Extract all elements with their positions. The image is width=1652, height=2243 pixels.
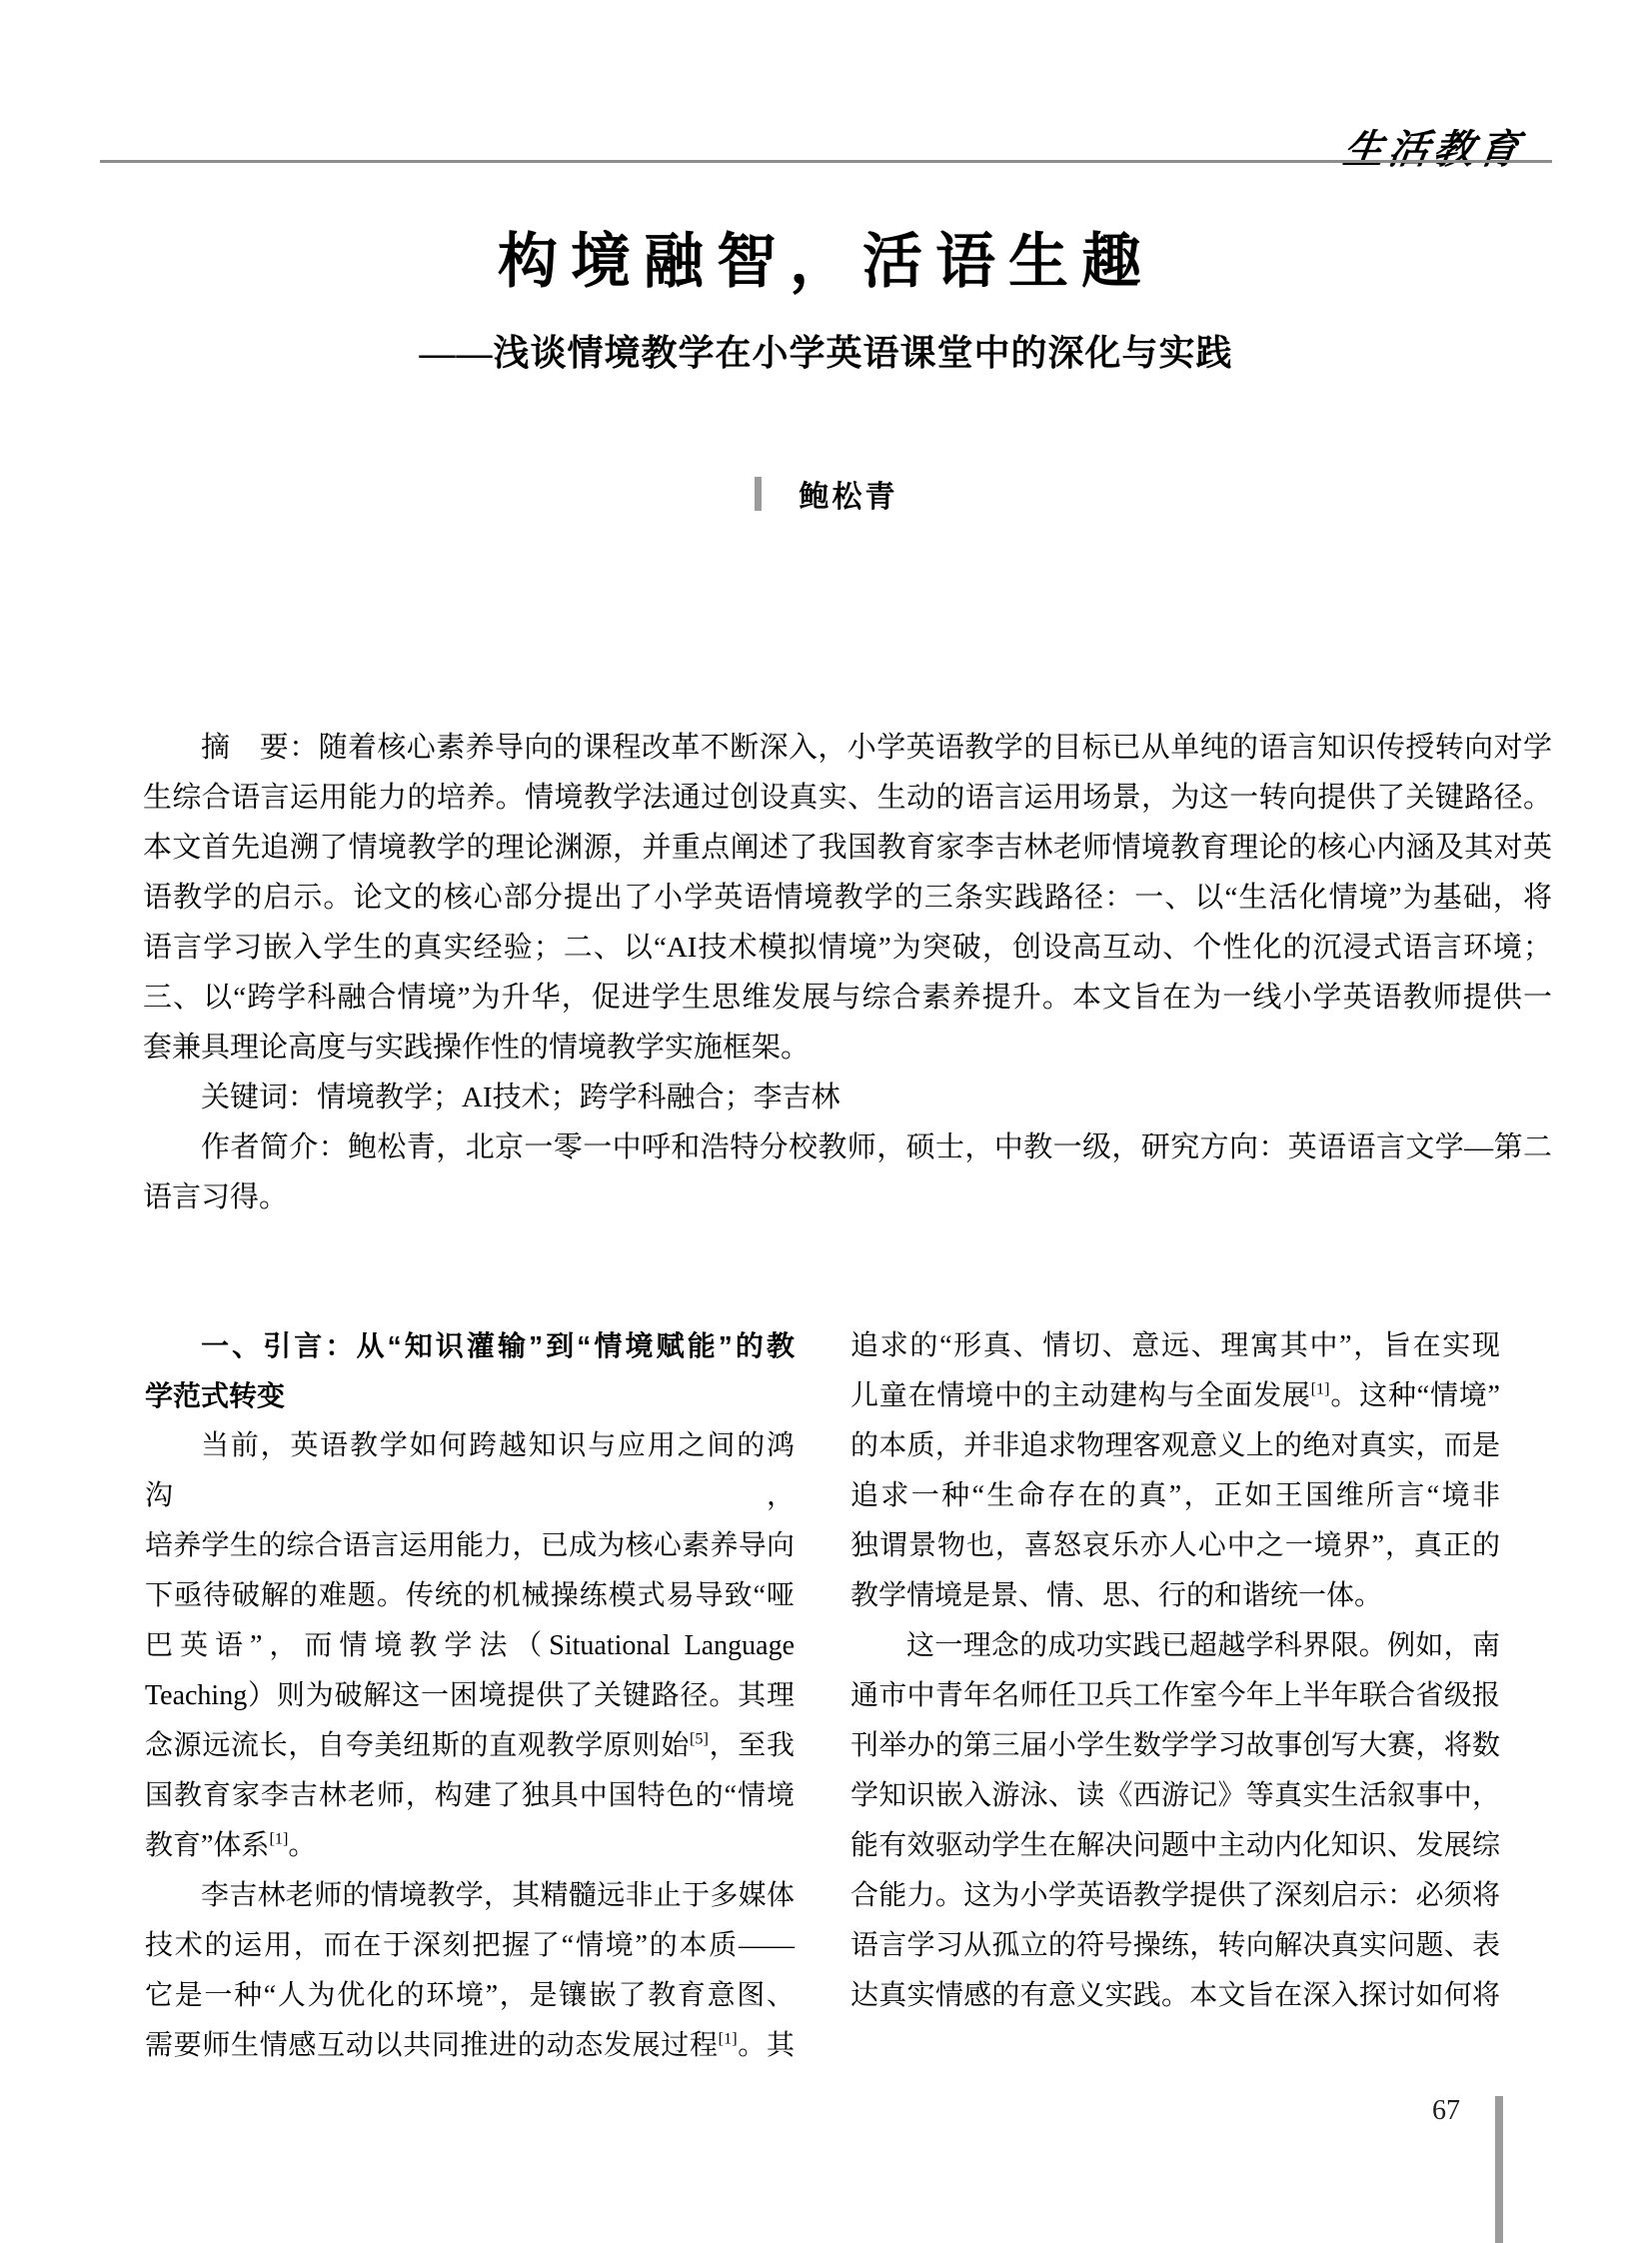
body-line: 需要师生情感互动以共同推进的动态发展过程[1]。其 bbox=[145, 2021, 795, 2071]
body-text: 儿童在情境中的主动建构与全面发展 bbox=[850, 1380, 1311, 1411]
body-line: 下亟待破解的难题。传统的机械操练模式易导致“哑 bbox=[145, 1571, 795, 1621]
body-line: 语言学习从孤立的符号操练，转向解决真实问题、表 bbox=[850, 1921, 1500, 1971]
body-line: 这一理念的成功实践已超越学科界限。例如，南 bbox=[850, 1621, 1500, 1671]
article-title: 构境融智，活语生趣 bbox=[100, 214, 1552, 300]
body-text: 教育”体系 bbox=[145, 1830, 269, 1861]
body-line: 通市中青年名师任卫兵工作室今年上半年联合省级报 bbox=[850, 1671, 1500, 1721]
keywords-line: 关键词：情境教学；AI技术；跨学科融合；李吉林 bbox=[143, 1073, 1552, 1122]
body-line: 李吉林老师的情境教学，其精髓远非止于多媒体 bbox=[145, 1871, 795, 1921]
abstract-line: 语教学的启示。论文的核心部分提出了小学英语情境教学的三条实践路径：一、以“生活化… bbox=[143, 873, 1552, 923]
body-line: 培养学生的综合语言运用能力，已成为核心素养导向 bbox=[145, 1521, 795, 1571]
author-bio-line: 作者简介：鲍松青，北京一零一中呼和浩特分校教师，硕士，中教一级，研究方向：英语语… bbox=[143, 1122, 1552, 1172]
body-line: 当前，英语教学如何跨越知识与应用之间的鸿沟， bbox=[145, 1421, 795, 1521]
body-line: 技术的运用，而在于深刻把握了“情境”的本质—— bbox=[145, 1921, 795, 1971]
body-line: 教育”体系[1]。 bbox=[145, 1821, 795, 1871]
body-line: 儿童在情境中的主动建构与全面发展[1]。这种“情境” bbox=[850, 1371, 1500, 1421]
body-line: 巴英语”，而情境教学法（Situational Language bbox=[145, 1621, 795, 1671]
citation-marker: [1] bbox=[1311, 1380, 1330, 1398]
abstract-line: 套兼具理论高度与实践操作性的情境教学实施框架。 bbox=[143, 1023, 1552, 1073]
body-right-column: 追求的“形真、情切、意远、理寓其中”，旨在实现 儿童在情境中的主动建构与全面发展… bbox=[850, 1321, 1500, 2021]
abstract-line: 本文首先追溯了情境教学的理论渊源，并重点阐述了我国教育家李吉林老师情境教育理论的… bbox=[143, 823, 1552, 873]
author-bio-line: 语言习得。 bbox=[143, 1172, 1552, 1222]
body-line: 念源远流长，自夸美纽斯的直观教学原则始[5]，至我 bbox=[145, 1721, 795, 1771]
masthead-logo: 生活教育 bbox=[1340, 118, 1528, 175]
body-line: 达真实情感的有意义实践。本文旨在深入探讨如何将 bbox=[850, 1971, 1500, 2021]
journal-page: 生活教育 构境融智，活语生趣 ——浅谈情境教学在小学英语课堂中的深化与实践 鲍松… bbox=[0, 0, 1652, 2243]
citation-marker: [1] bbox=[719, 2030, 738, 2048]
author-row: 鲍松青 bbox=[100, 472, 1552, 516]
body-line: 合能力。这为小学英语教学提供了深刻启示：必须将 bbox=[850, 1871, 1500, 1921]
section-heading-line: 学范式转变 bbox=[145, 1371, 795, 1421]
citation-marker: [1] bbox=[269, 1830, 288, 1848]
citation-marker: [5] bbox=[690, 1730, 709, 1748]
body-line: Teaching）则为破解这一困境提供了关键路径。其理 bbox=[145, 1671, 795, 1721]
body-text: 。 bbox=[288, 1830, 316, 1861]
body-text: 需要师生情感互动以共同推进的动态发展过程 bbox=[145, 2030, 719, 2061]
abstract-line: 摘 要：随着核心素养导向的课程改革不断深入，小学英语教学的目标已从单纯的语言知识… bbox=[143, 723, 1552, 773]
abstract-line: 语言学习嵌入学生的真实经验；二、以“AI技术模拟情境”为突破，创设高互动、个性化… bbox=[143, 923, 1552, 973]
body-line: 教学情境是景、情、思、行的和谐统一体。 bbox=[850, 1571, 1500, 1621]
body-line: 独谓景物也，喜怒哀乐亦人心中之一境界”，真正的 bbox=[850, 1521, 1500, 1571]
body-line: 追求的“形真、情切、意远、理寓其中”，旨在实现 bbox=[850, 1321, 1500, 1371]
body-line: 学知识嵌入游泳、读《西游记》等真实生活叙事中， bbox=[850, 1771, 1500, 1821]
section-heading-line: 一、引言：从“知识灌输”到“情境赋能”的教 bbox=[145, 1321, 795, 1371]
abstract-line: 三、以“跨学科融合情境”为升华，促进学生思维发展与综合素养提升。本文旨在为一线小… bbox=[143, 973, 1552, 1023]
header-rule bbox=[100, 160, 1552, 163]
author-divider-bar bbox=[755, 477, 762, 511]
body-text: ，至我 bbox=[709, 1730, 795, 1761]
article-subtitle: ——浅谈情境教学在小学英语课堂中的深化与实践 bbox=[100, 325, 1552, 376]
page-number: 67 bbox=[1432, 2095, 1460, 2127]
body-line: 追求一种“生命存在的真”，正如王国维所言“境非 bbox=[850, 1471, 1500, 1521]
body-line: 国教育家李吉林老师，构建了独具中国特色的“情境 bbox=[145, 1771, 795, 1821]
body-text: 。其 bbox=[738, 2030, 795, 2061]
author-name: 鲍松青 bbox=[800, 472, 898, 516]
body-line: 刊举办的第三届小学生数学学习故事创写大赛，将数 bbox=[850, 1721, 1500, 1771]
body-line: 的本质，并非追求物理客观意义上的绝对真实，而是 bbox=[850, 1421, 1500, 1471]
body-line: 它是一种“人为优化的环境”，是镶嵌了教育意图、 bbox=[145, 1971, 795, 2021]
body-line: 能有效驱动学生在解决问题中主动内化知识、发展综 bbox=[850, 1821, 1500, 1871]
abstract-block: 摘 要：随着核心素养导向的课程改革不断深入，小学英语教学的目标已从单纯的语言知识… bbox=[143, 723, 1552, 1222]
footer-decoration-bar bbox=[1495, 2096, 1503, 2243]
abstract-line: 生综合语言运用能力的培养。情境教学法通过创设真实、生动的语言运用场景，为这一转向… bbox=[143, 773, 1552, 823]
body-text: 念源远流长，自夸美纽斯的直观教学原则始 bbox=[145, 1730, 690, 1761]
body-left-column: 一、引言：从“知识灌输”到“情境赋能”的教 学范式转变 当前，英语教学如何跨越知… bbox=[145, 1321, 795, 2071]
body-text: 。这种“情境” bbox=[1330, 1380, 1500, 1411]
